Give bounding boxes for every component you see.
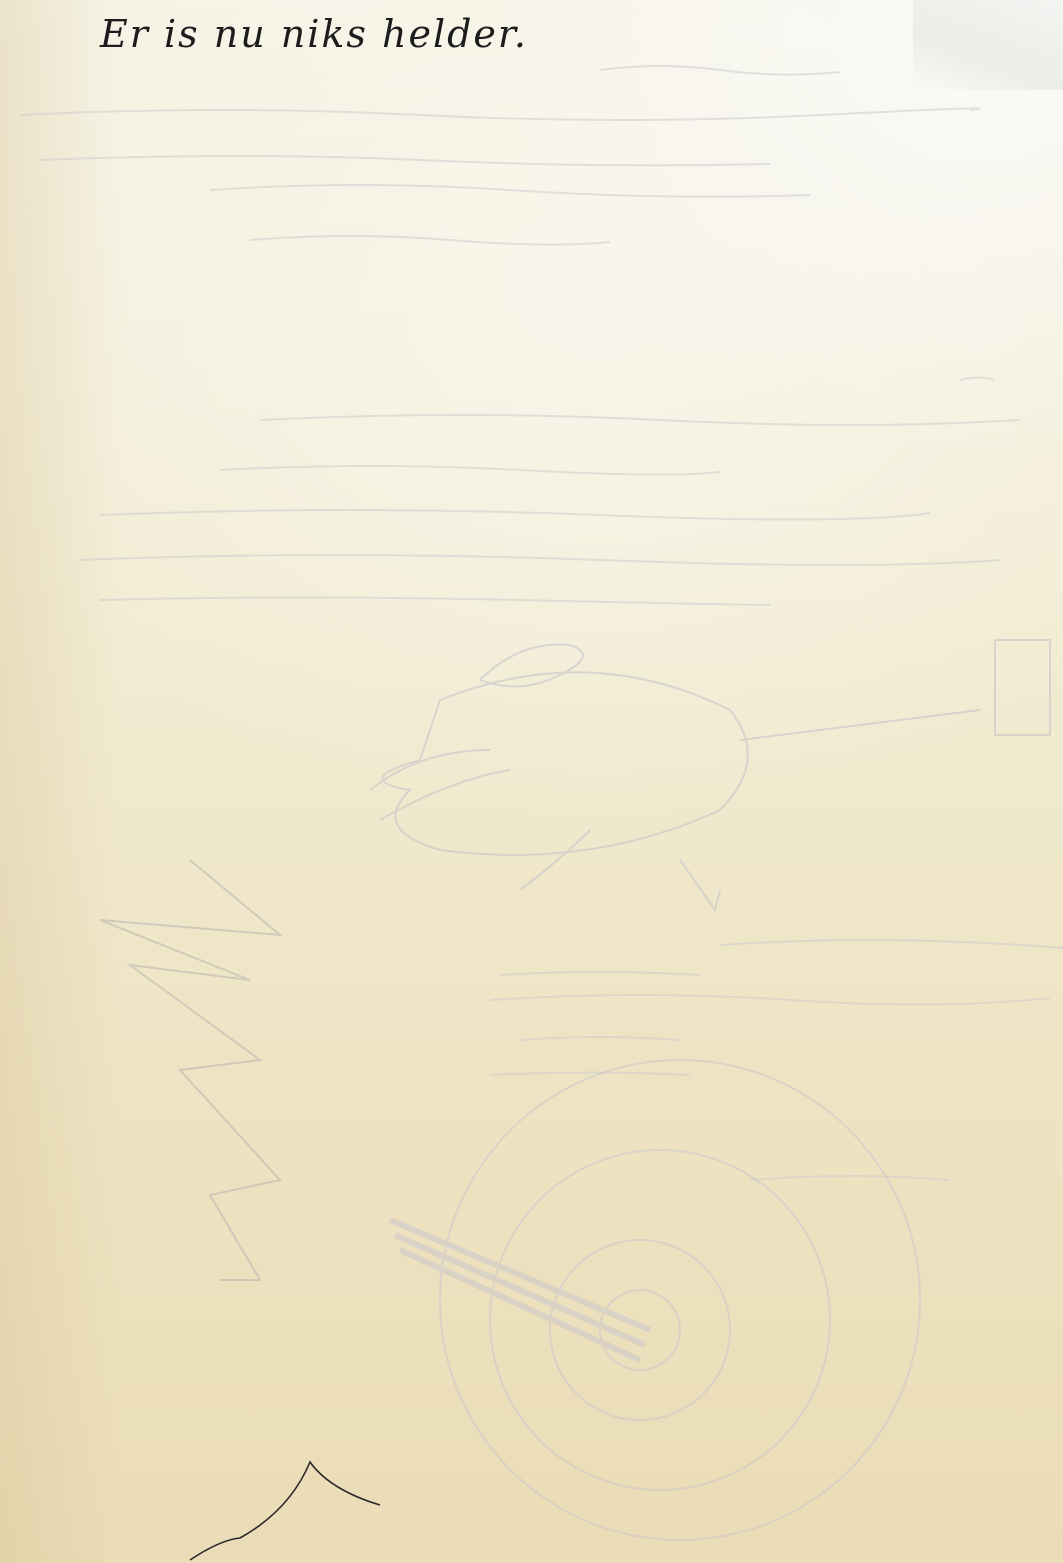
notebook-page: Er is nu niks helder.: [0, 0, 1063, 1563]
faint-zigzag-line: [100, 860, 280, 1280]
faint-circles-sketch: [390, 1060, 920, 1540]
faint-text-lines: [20, 66, 1063, 1180]
ink-curve: [190, 1462, 380, 1560]
show-through-sketches: [0, 0, 1063, 1563]
faint-fish-sketch: [370, 640, 1050, 910]
